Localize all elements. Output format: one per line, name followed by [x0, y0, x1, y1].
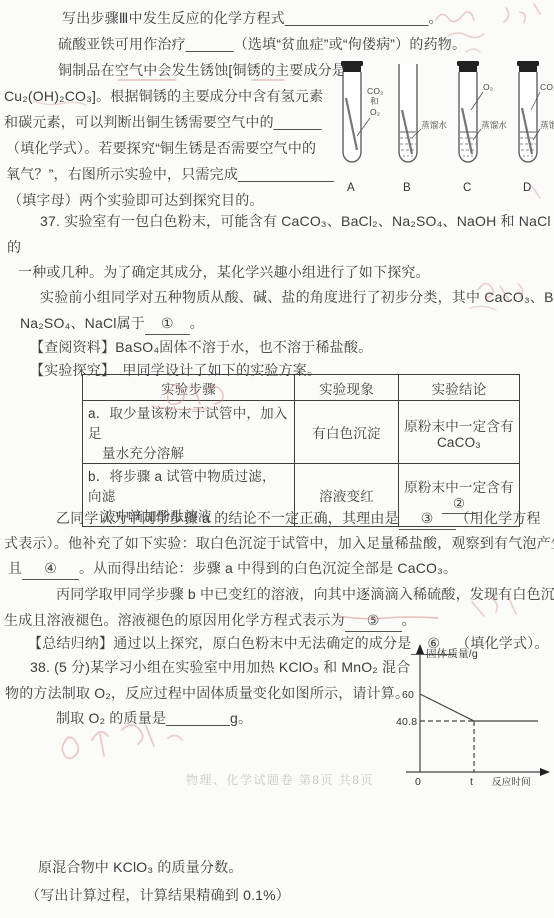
water-label: 蒸馏水: [540, 120, 554, 130]
mass-curve: [420, 694, 538, 721]
blank-1: ①: [145, 313, 190, 335]
bing-paragraph-line: 丙同学取甲同学步骤 b 中已变红的溶液，向其中逐滴滴入稀硫酸，发现有白色沉淀: [56, 584, 554, 604]
page-footer: 物理、化学试题卷 第8页 共8页: [130, 771, 430, 788]
bing-paragraph-line: 生成且溶液褪色。溶液褪色的原因用化学方程式表示为⑤。: [4, 610, 416, 632]
experiment-table: 实验步骤 实验现象 实验结论 a．取少量该粉末于试管中，加入足 量水充分溶解 有…: [82, 374, 520, 527]
q37-classify-answer-line: Na₂SO₄、NaCl属于①。: [20, 313, 204, 335]
x-tick-t: t: [470, 776, 473, 788]
yi-paragraph-line: 式表示）。他补充了如下实验：取白色沉淀于试管中，加入足量稀盐酸，观察到有气泡产生: [4, 533, 554, 553]
text: 。: [402, 612, 416, 628]
blank-4: ④: [22, 558, 79, 580]
copper-paragraph-line: Cu₂(OH)₂CO₃]。根据铜锈的主要成分中含有氢元素: [4, 86, 323, 106]
copper-paragraph-line: 和碳元素，可以判断出铜生锈需要空气中的______: [4, 112, 322, 132]
tube-letter: C: [463, 182, 472, 194]
copper-paragraph-line: （填化学式）。若要探究“铜生锈是否需要空气中的: [6, 138, 316, 158]
step-text: 量水充分溶解: [88, 442, 289, 462]
q37-stem-line: 的: [7, 237, 21, 257]
calc-note-line: （写出计算过程，计算结果精确到 0.1%）: [26, 885, 290, 905]
gas-label: O₂: [483, 82, 493, 92]
yi-paragraph-line: 乙同学认为甲同学步骤 a 的结论不一定正确，其理由是③（用化学方程: [56, 508, 541, 530]
gas-label: 和: [370, 96, 379, 106]
test-tube-b: 蒸馏水 B: [399, 64, 447, 194]
table-header-row: 实验步骤 实验现象 实验结论: [83, 375, 520, 401]
text: Na₂SO₄、NaCl属于: [20, 315, 145, 331]
q38-stem-line: 38. (5 分)某学习小组在实验室中用加热 KClO₃ 和 MnO₂ 混合: [30, 657, 410, 677]
q37-classify-line: 实验前小组同学对五种物质从酸、碱、盐的角度进行了初步分类，其中 CaCO₃、Ba…: [40, 287, 554, 307]
col-header-phenomenon: 实验现象: [295, 375, 399, 401]
blank-3: ③: [399, 508, 456, 530]
gas-label: O₂: [370, 107, 380, 117]
water-label: 蒸馏水: [481, 120, 507, 130]
text: 。: [190, 315, 204, 331]
x-axis-label: 反应时间: [492, 776, 531, 788]
experiment-table-wrap: 实验步骤 实验现象 实验结论 a．取少量该粉末于试管中，加入足 量水充分溶解 有…: [82, 374, 519, 527]
q36-medicine-line: 硫酸亚铁可用作治疗______（选填“贫血症”或“佝偻病”）的药物。: [58, 34, 466, 54]
conclusion-cell: 原粉末中一定含有 CaCO₃: [399, 401, 520, 464]
step-cell: a．取少量该粉末于试管中，加入足 量水充分溶解: [83, 401, 295, 464]
q38-answer-line: 制取 O₂ 的质量是________g。: [56, 708, 252, 728]
text: 乙同学认为甲同学步骤 a 的结论不一定正确，其理由是: [56, 510, 399, 526]
q38-stem-line: 物的方法制取 O₂，反应过程中固体质量变化如图所示，请计算。: [5, 683, 409, 703]
step-text: a．取少量该粉末于试管中，加入足: [88, 402, 289, 442]
gas-label: CO₂: [367, 86, 384, 96]
copper-paragraph-line: （填字母）两个实验即可达到探究目的。: [8, 190, 264, 210]
y-axis-arrow: [416, 644, 424, 654]
text: （用化学方程: [456, 510, 541, 526]
col-header-conclusion: 实验结论: [399, 375, 520, 401]
mass-time-graph: 固体质量/g 60 40.8 0 t 反应时间: [396, 642, 554, 792]
copper-paragraph-line: 氧气？”，右图所示实验中，只需完成____________: [6, 164, 334, 184]
blank-5: ⑤: [345, 610, 402, 632]
y-axis-label: 固体质量/g: [426, 647, 478, 660]
text: 且: [8, 560, 22, 576]
exam-page: 写出步骤Ⅲ中发生反应的化学方程式__________________。 硫酸亚铁…: [0, 0, 554, 918]
test-tube-d: CO₂ 蒸馏水 D: [517, 61, 554, 194]
y-tick-60: 60: [402, 689, 414, 701]
col-header-steps: 实验步骤: [83, 375, 295, 401]
x-axis-arrow: [540, 768, 550, 776]
test-tube-a: CO₂ 和 O₂ A: [341, 61, 384, 194]
test-tube-diagram: CO₂ 和 O₂ A 蒸馏水 B: [326, 58, 554, 208]
gas-label: CO₂: [540, 82, 554, 92]
text: 原粉末中一定含有: [404, 480, 514, 495]
tube-letter: B: [403, 182, 411, 194]
calc-question-line: 原混合物中 KClO₃ 的质量分数。: [38, 857, 243, 877]
step-text: b．将步骤 a 试管中物质过滤，向滤: [88, 465, 289, 505]
tube-letter: D: [523, 182, 532, 194]
text: 生成且溶液褪色。溶液褪色的原因用化学方程式表示为: [4, 612, 345, 628]
copper-paragraph-line: 铜制品在空气中会发生锈蚀[铜锈的主要成分是: [58, 60, 346, 80]
test-tube-figure: CO₂ 和 O₂ A 蒸馏水 B: [326, 58, 554, 208]
test-tube-c: O₂ 蒸馏水 C: [457, 61, 507, 194]
q37-reference-line: 【查阅资料】BaSO₄固体不溶于水，也不溶于稀盐酸。: [30, 337, 372, 357]
water-label: 蒸馏水: [421, 120, 447, 130]
solid-mass-chart: 固体质量/g 60 40.8 0 t 反应时间: [396, 642, 554, 792]
table-row-a: a．取少量该粉末于试管中，加入足 量水充分溶解 有白色沉淀 原粉末中一定含有 C…: [83, 401, 520, 464]
text: 。从而得出结论：步骤 a 中得到的白色沉淀全部是 CaCO₃。: [79, 560, 457, 576]
phenomenon-cell: 有白色沉淀: [295, 401, 399, 464]
q36-equation-line: 写出步骤Ⅲ中发生反应的化学方程式__________________。: [62, 8, 443, 28]
q37-stem-line: 一种或几种。为了确定其成分，某化学兴趣小组进行了如下探究。: [18, 262, 430, 282]
q37-stem-line: 37. 实验室有一包白色粉末，可能含有 CaCO₃、BaCl₂、Na₂SO₄、N…: [40, 211, 554, 231]
text: 【总结归纳】通过以上探究，原白色粉末中无法确定的成分是: [28, 635, 411, 651]
tube-letter: A: [347, 182, 355, 194]
yi-paragraph-line: 且④。从而得出结论：步骤 a 中得到的白色沉淀全部是 CaCO₃。: [8, 558, 457, 580]
y-tick-40-8: 40.8: [396, 716, 417, 728]
